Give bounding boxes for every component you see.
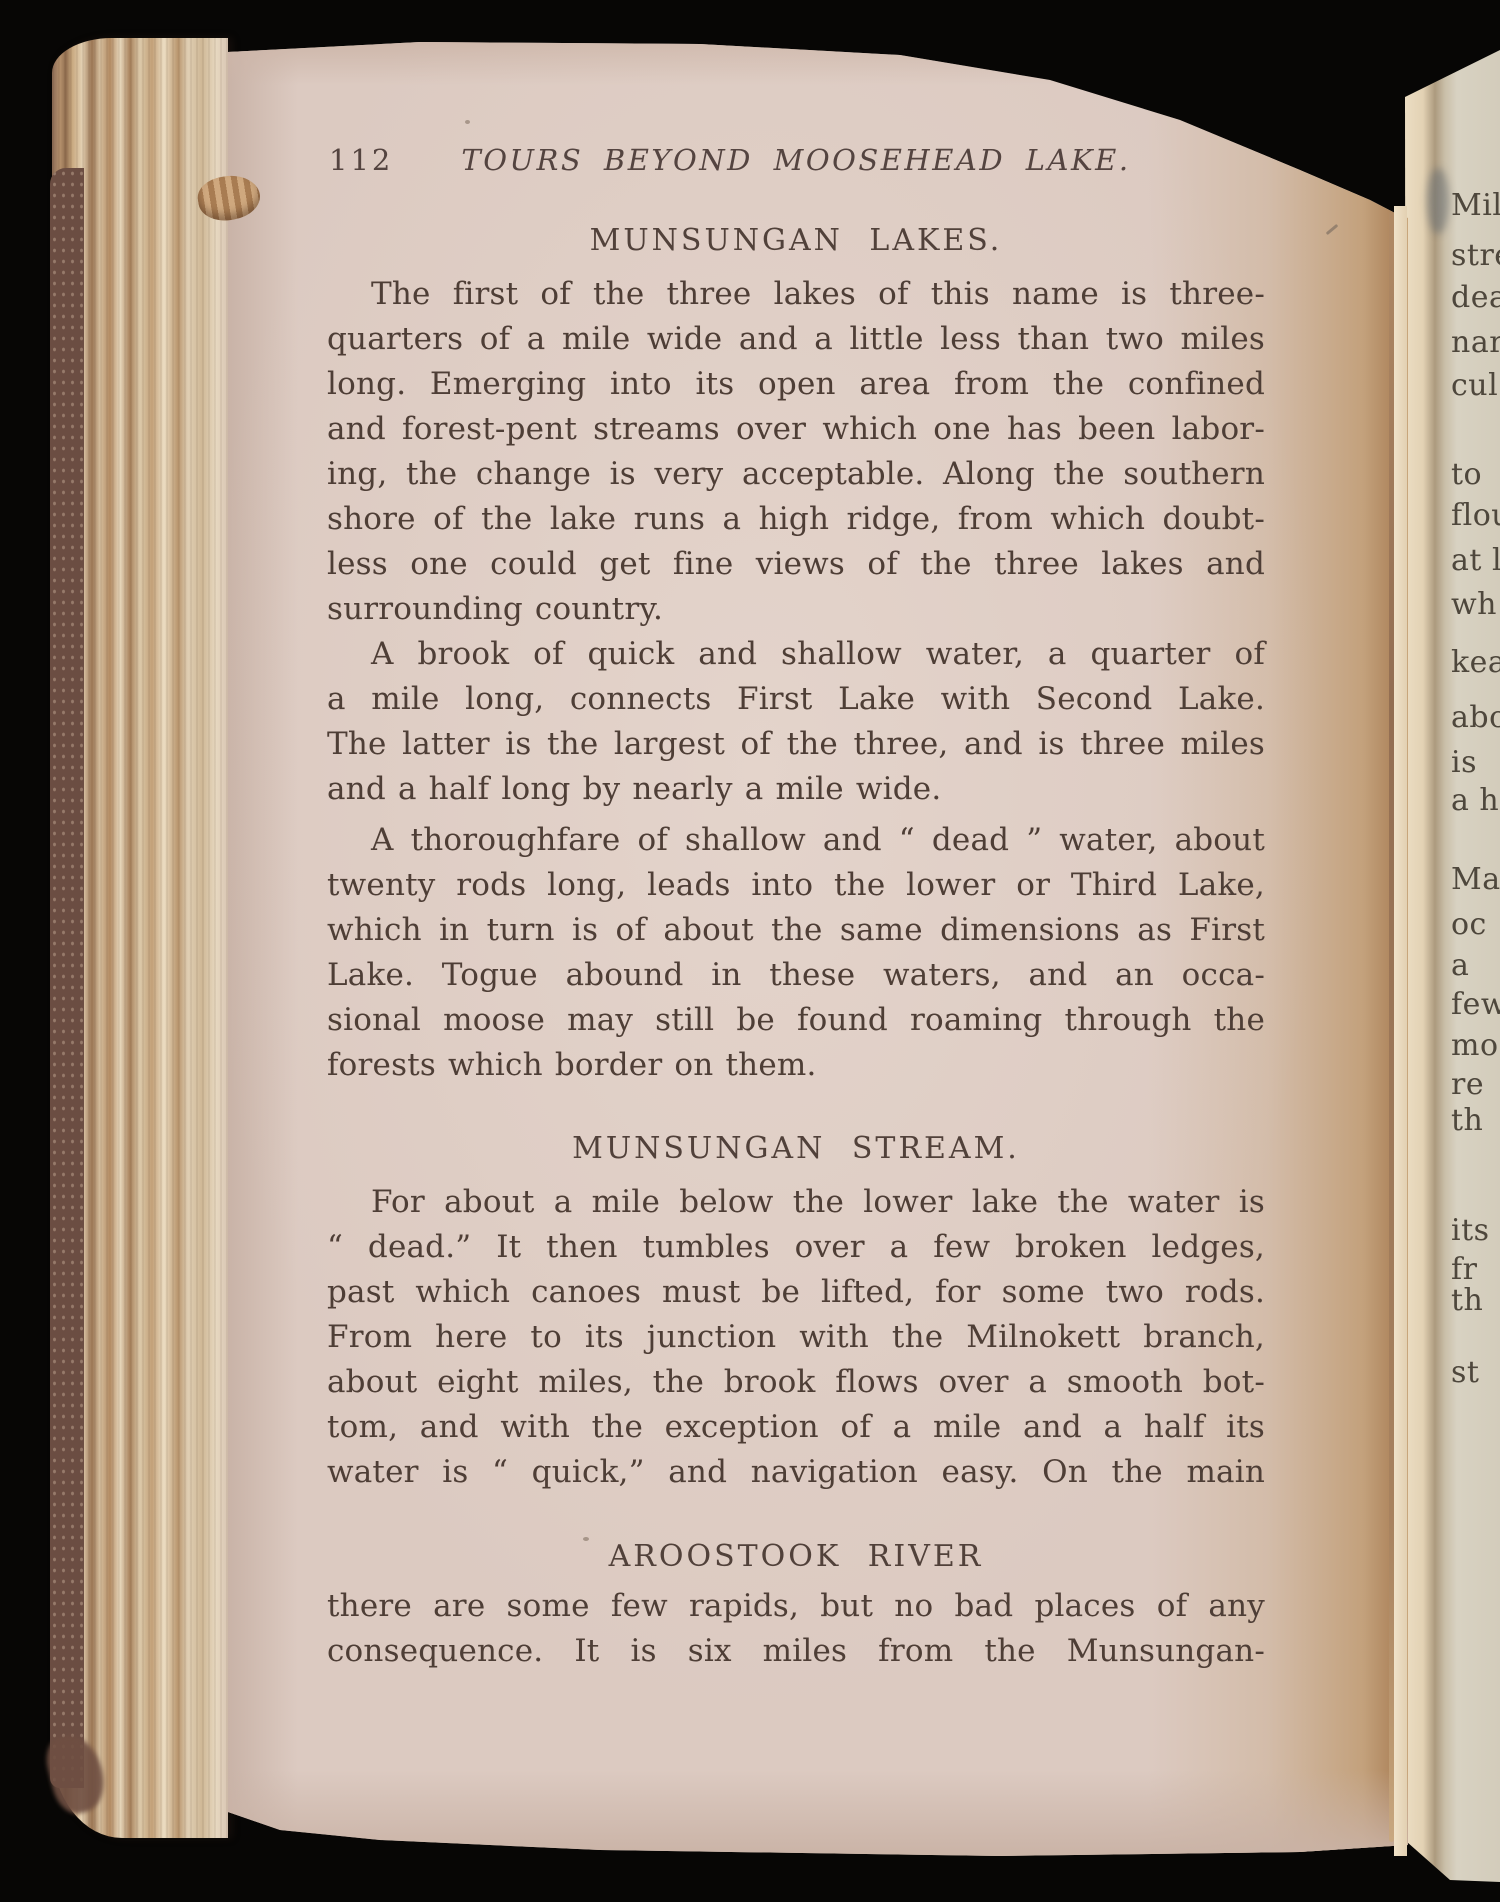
paragraph: The first of the three lakes of this nam…: [327, 272, 1265, 632]
paper-speck: [583, 1537, 589, 1541]
fragment-line: stre: [1451, 236, 1500, 276]
fragment-line: cul: [1451, 366, 1498, 406]
fragment-line: st: [1451, 1353, 1479, 1393]
fragment-line: a: [1451, 946, 1469, 986]
text-line: A brook of quick and shallow water, a qu…: [327, 632, 1265, 677]
book-photo: { "palette": { "background": "#070605", …: [0, 0, 1500, 1902]
cover-cloth-edge: [50, 168, 84, 1788]
next-page-edge: Milstredeanarcultoflouat lwhkeaaboisa hM…: [1395, 42, 1500, 1882]
running-header: 112 TOURS BEYOND MOOSEHEAD LAKE.: [327, 138, 1265, 183]
fragment-line: oc: [1451, 905, 1487, 945]
running-title: TOURS BEYOND MOOSEHEAD LAKE.: [327, 138, 1265, 183]
page-number: 112: [329, 138, 393, 183]
text-line: From here to its junction with the Milno…: [327, 1315, 1265, 1360]
fragment-line: th: [1451, 1101, 1483, 1141]
fragment-line: wh: [1451, 585, 1497, 625]
fragment-line: at l: [1451, 541, 1500, 581]
fragment-line: Mil: [1451, 186, 1500, 226]
fragment-line: its: [1451, 1211, 1490, 1251]
text-line: there are some few rapids, but no bad pl…: [327, 1584, 1265, 1629]
fragment-line: to: [1451, 455, 1482, 495]
fragment-line: th: [1451, 1281, 1483, 1321]
text-line: tom, and with the exception of a mile an…: [327, 1405, 1265, 1450]
text-line: a mile long, connects First Lake with Se…: [327, 677, 1265, 722]
paper-speck: [465, 120, 470, 124]
text-line: and forest-pent streams over which one h…: [327, 407, 1265, 452]
fragment-line: is: [1451, 743, 1477, 783]
text-line: “ dead.” It then tumbles over a few brok…: [327, 1225, 1265, 1270]
section-heading: AROOSTOOK RIVER: [327, 1536, 1265, 1578]
text-line: which in turn is of about the same dimen…: [327, 908, 1265, 953]
paragraph: For about a mile below the lower lake th…: [327, 1180, 1265, 1495]
text-line: The latter is the largest of the three, …: [327, 722, 1265, 767]
fragment-line: nar: [1451, 323, 1500, 363]
text-line: about eight miles, the brook flows over …: [327, 1360, 1265, 1405]
text-line: The first of the three lakes of this nam…: [327, 272, 1265, 317]
text-line: For about a mile below the lower lake th…: [327, 1180, 1265, 1225]
text-line: less one could get fine views of the thr…: [327, 542, 1265, 587]
text-line: shore of the lake runs a high ridge, fro…: [327, 497, 1265, 542]
text-line: consequence. It is six miles from the Mu…: [327, 1629, 1265, 1674]
text-line: forests which border on them.: [327, 1043, 1265, 1088]
fragment-line: Ma: [1451, 860, 1500, 900]
fragment-line: mo: [1451, 1026, 1499, 1066]
ink-smudge: [1427, 168, 1449, 234]
main-page: 112 TOURS BEYOND MOOSEHEAD LAKE. MUNSUNG…: [228, 40, 1408, 1860]
fragment-line: abo: [1451, 698, 1500, 738]
page-text-blocks: MUNSUNGAN LAKES.The first of the three l…: [327, 220, 1265, 1674]
fragment-line: kea: [1451, 643, 1500, 683]
fragment-line: flou: [1451, 496, 1500, 536]
section-heading: MUNSUNGAN STREAM.: [327, 1128, 1265, 1170]
paragraph: A thoroughfare of shallow and “ dead ” w…: [327, 818, 1265, 1088]
text-column: 112 TOURS BEYOND MOOSEHEAD LAKE. MUNSUNG…: [327, 138, 1265, 1674]
section-heading: MUNSUNGAN LAKES.: [327, 220, 1265, 262]
text-line: past which canoes must be lifted, for so…: [327, 1270, 1265, 1315]
fragment-line: dea: [1451, 278, 1500, 318]
text-line: A thoroughfare of shallow and “ dead ” w…: [327, 818, 1265, 863]
text-line: quarters of a mile wide and a little les…: [327, 317, 1265, 362]
paragraph: there are some few rapids, but no bad pl…: [327, 1584, 1265, 1674]
paragraph: A brook of quick and shallow water, a qu…: [327, 632, 1265, 812]
text-line: and a half long by nearly a mile wide.: [327, 767, 1265, 812]
text-line: ing, the change is very acceptable. Alon…: [327, 452, 1265, 497]
fragment-line: a h: [1451, 781, 1499, 821]
text-line: water is “ quick,” and navigation easy. …: [327, 1450, 1265, 1495]
text-line: long. Emerging into its open area from t…: [327, 362, 1265, 407]
text-line: twenty rods long, leads into the lower o…: [327, 863, 1265, 908]
fragment-line: re: [1451, 1065, 1484, 1105]
text-line: sional moose may still be found roaming …: [327, 998, 1265, 1043]
gutter-fold-highlight: [1394, 206, 1407, 1856]
text-line: surrounding country.: [327, 587, 1265, 632]
text-line: Lake. Togue abound in these waters, and …: [327, 953, 1265, 998]
fragment-line: few: [1451, 985, 1500, 1025]
